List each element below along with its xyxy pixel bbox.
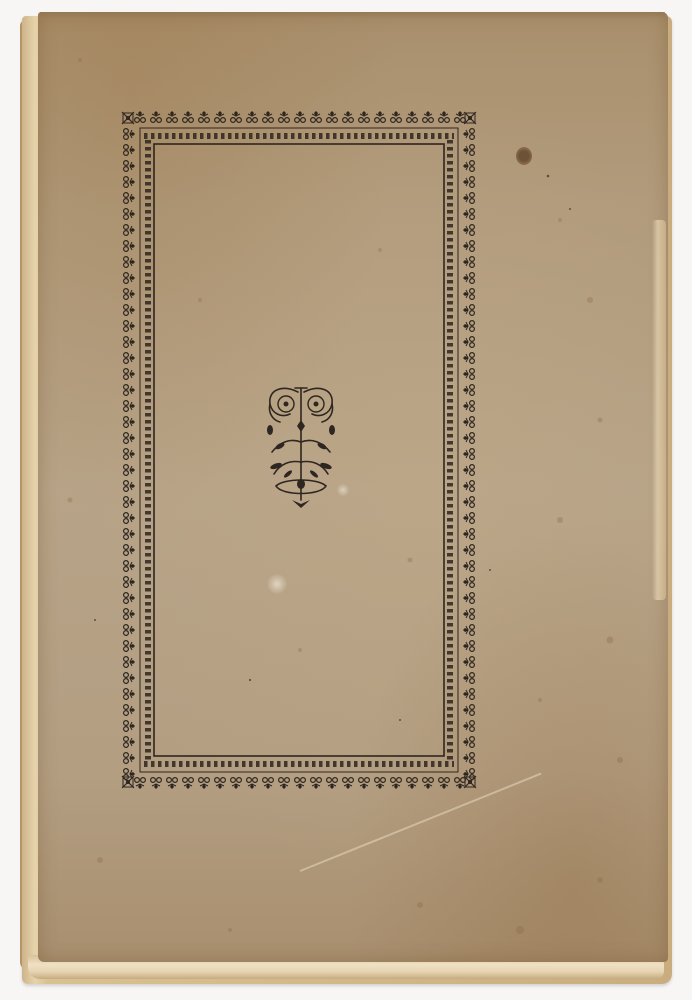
border-left-fleurons: [124, 129, 135, 780]
border-right-fleurons: [463, 129, 474, 780]
dark-stain-spot: [516, 147, 532, 165]
border-top-fleurons: [135, 111, 466, 122]
floral-vignette: [262, 382, 340, 510]
book-photo: [0, 0, 692, 1000]
border-bottom-fleurons: [135, 778, 466, 789]
